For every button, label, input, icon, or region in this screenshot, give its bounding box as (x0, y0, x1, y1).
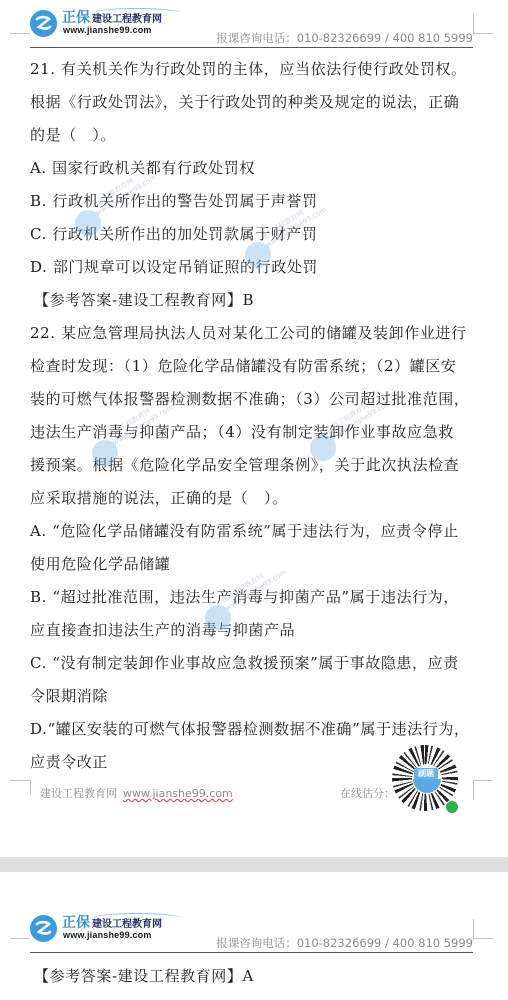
option-b: B. 行政机关所作出的警告处罚属于声誉罚 (30, 185, 476, 218)
question-stem-line: 检查时发现：（1）危险化学品储罐没有防雷系统；（2）罐区安 (30, 350, 476, 383)
option-b-cont: 应直接查扣违法生产的消毒与抑菌产品 (30, 614, 476, 647)
page-corner-mark (473, 14, 474, 34)
option-a: A. 国家行政机关都有行政处罚权 (30, 152, 476, 185)
question-stem-line: 根据《行政处罚法》，关于行政处罚的种类及规定的说法，正确 (30, 86, 476, 119)
question-content: 【参考答案-建设工程教育网】A (30, 960, 476, 993)
footer-site-url[interactable]: www.jianshe99.com (123, 787, 233, 800)
answer-key: 【参考答案-建设工程教育网】B (30, 284, 476, 317)
hotline-text: 报课咨询电话：010-82326699 / 400 810 5999 (216, 935, 473, 951)
logo-url: www.jianshe99.com (63, 25, 152, 35)
option-a-cont: 使用危险化学品储罐 (30, 548, 476, 581)
page-footer: 建设工程教育网www.jianshe99.com 在线估分： 刷题 (0, 770, 508, 855)
page-header: 正保建设工程教育网 www.jianshe99.com 报课咨询电话：010-8… (0, 905, 508, 955)
option-c: C. 行政机关所作出的加处罚款属于财产罚 (30, 218, 476, 251)
page-corner-mark (10, 780, 30, 781)
footer-site-name: 建设工程教育网 (40, 787, 117, 800)
option-b: B. “超过批准范围，违法生产消毒与抑菌产品”属于违法行为， (30, 581, 476, 614)
question-stem-line: 应采取措施的说法，正确的是（ ）。 (30, 482, 476, 515)
question-stem-line: 的是（ ）。 (30, 119, 476, 152)
logo-z-icon (30, 915, 57, 942)
question-stem-line: 违法生产消毒与抑菌产品；（4）没有制定装卸作业事故应急救 (30, 416, 476, 449)
question-stem-line: 援预案。根据《危险化学品安全管理条例》，关于此次执法检查 (30, 449, 476, 482)
logo-brand-text: 正保建设工程教育网 (62, 7, 162, 27)
document-page-2: 正保建设工程教育网 www.jianshe99.com 报课咨询电话：010-8… (0, 872, 508, 1000)
logo-brand-zb: 正保 (62, 10, 90, 26)
option-c-cont: 令限期消除 (30, 680, 476, 713)
logo-brand-site: 建设工程教育网 (92, 919, 162, 930)
online-score-label: 在线估分： (340, 785, 395, 801)
header-divider (30, 952, 473, 953)
page-corner-mark (473, 780, 474, 800)
logo-z-icon (30, 10, 57, 37)
option-a: A. “危险化学品储罐没有防雷系统”属于违法行为，应责令停止 (30, 515, 476, 548)
header-divider (30, 47, 473, 48)
page-corner-mark (473, 919, 474, 939)
page-corner-mark (10, 33, 30, 34)
option-c: C. “没有制定装卸作业事故应急救援预案”属于事故隐患，应责 (30, 647, 476, 680)
brand-logo: 正保建设工程教育网 www.jianshe99.com (30, 6, 170, 40)
question-21: 21. 有关机关作为行政处罚的主体，应当依法行使行政处罚权。 根据《行政处罚法》… (30, 53, 476, 317)
hotline-text: 报课咨询电话：010-82326699 / 400 810 5999 (216, 30, 473, 46)
document-page-1: 正保建设工程教育网 www.jianshe99.com 报课咨询电话：010-8… (0, 0, 508, 857)
logo-brand-site: 建设工程教育网 (92, 14, 162, 25)
footer-site: 建设工程教育网www.jianshe99.com (40, 785, 233, 801)
question-22: 22. 某应急管理局执法人员对某化工公司的储罐及装卸作业进行 检查时发现：（1）… (30, 317, 476, 779)
page-header: 正保建设工程教育网 www.jianshe99.com 报课咨询电话：010-8… (0, 0, 508, 50)
logo-brand-zb: 正保 (62, 915, 90, 931)
qr-label: 刷题 (414, 768, 438, 779)
question-stem-line: 装的可燃气体报警器检测数据不准确；（3）公司超过批准范围， (30, 383, 476, 416)
logo-brand-text: 正保建设工程教育网 (62, 912, 162, 932)
mini-program-icon (445, 800, 459, 814)
option-d: D. 部门规章可以设定吊销证照的行政处罚 (30, 251, 476, 284)
page-corner-mark (473, 938, 493, 939)
question-stem-line: 22. 某应急管理局执法人员对某化工公司的储罐及装卸作业进行 (30, 317, 476, 350)
question-content: 21. 有关机关作为行政处罚的主体，应当依法行使行政处罚权。 根据《行政处罚法》… (30, 53, 476, 779)
option-d: D.“罐区安装的可燃气体报警器检测数据不准确”属于违法行为， (30, 713, 476, 746)
page-separator (0, 857, 508, 873)
answer-key: 【参考答案-建设工程教育网】A (30, 960, 476, 993)
question-stem-line: 21. 有关机关作为行政处罚的主体，应当依法行使行政处罚权。 (30, 53, 476, 86)
logo-url: www.jianshe99.com (63, 930, 152, 940)
page-corner-mark (10, 938, 30, 939)
page-corner-mark (30, 780, 31, 794)
page-corner-mark (473, 780, 493, 781)
page-corner-mark (473, 33, 493, 34)
brand-logo: 正保建设工程教育网 www.jianshe99.com (30, 911, 170, 945)
